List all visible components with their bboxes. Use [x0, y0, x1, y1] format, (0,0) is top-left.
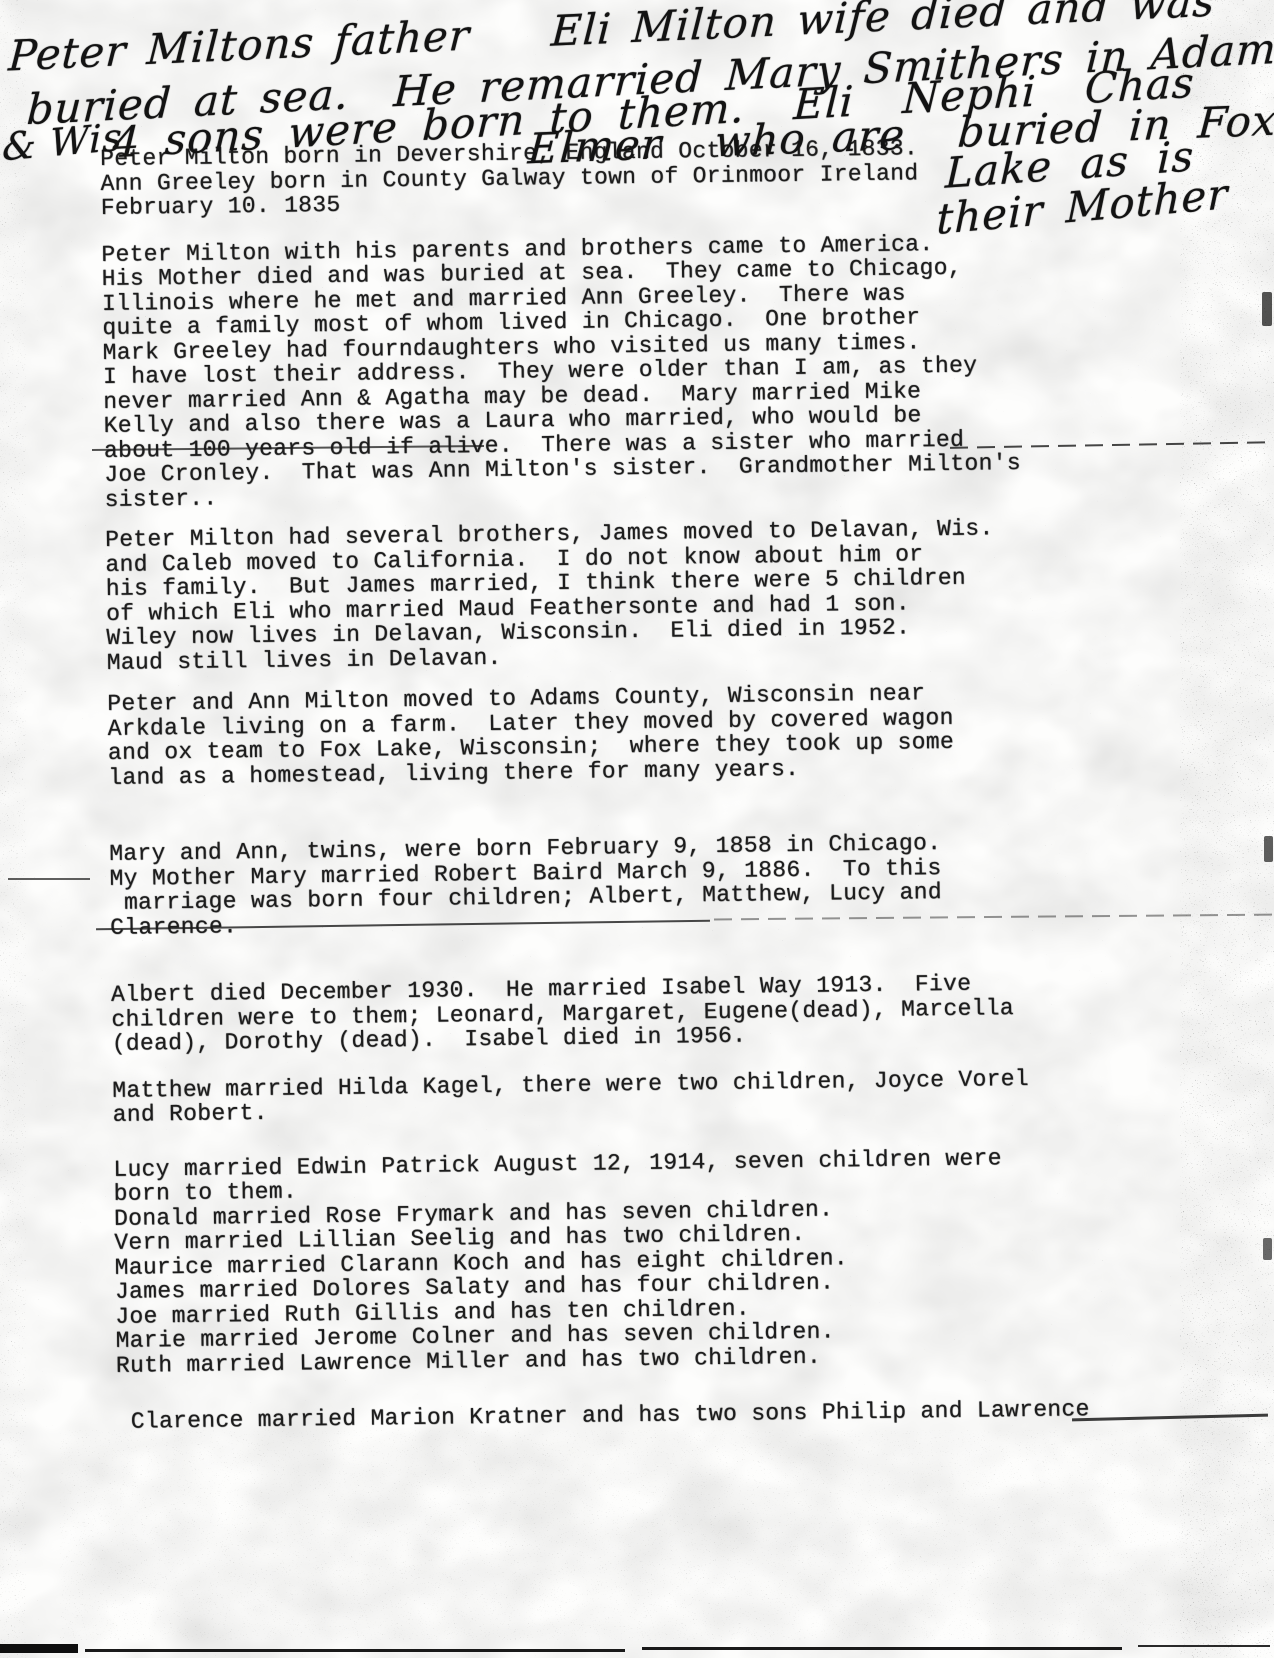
scanner-edge-bar [642, 1647, 1122, 1650]
typed-paragraph-came-to-america: Peter Milton with his parents and brothe… [101, 228, 1224, 512]
typed-paragraph-matthew: Matthew married Hilda Kagel, there were … [112, 1064, 1233, 1128]
typed-paragraph-brothers: Peter Milton had several brothers, James… [105, 513, 1227, 675]
scan-blob [1262, 292, 1272, 326]
typed-line: Clarence married Marion Kratner and has … [117, 1395, 1237, 1434]
scan-blob [1263, 1238, 1272, 1260]
scanned-document-page: Peter Miltons father Eli Milton wife die… [0, 0, 1274, 1658]
scanner-edge-bar [85, 1649, 625, 1652]
scan-artifact-margin-dash [8, 878, 90, 880]
typed-text-block: Peter Milton born in Devershire, England… [100, 132, 1237, 1434]
typed-paragraph-twins: Mary and Ann, twins, were born February … [109, 827, 1230, 940]
scanner-edge-bar [1138, 1645, 1270, 1647]
handwritten-line-2: buried at sea. He remarried Mary Smither… [25, 23, 1274, 134]
scan-blob [1264, 836, 1273, 862]
handwritten-line-1: Peter Miltons father Eli Milton wife die… [7, 0, 1217, 80]
typed-paragraph-moved-to-adams: Peter and Ann Milton moved to Adams Coun… [107, 677, 1228, 790]
typed-paragraph-albert: Albert died December 1930. He married Is… [111, 968, 1232, 1056]
typed-paragraph-clarence: Clarence married Marion Kratner and has … [117, 1395, 1237, 1434]
typed-paragraph-birth-dates: Peter Milton born in Devershire, England… [100, 132, 1221, 220]
typed-paragraph-lucy: Lucy married Edwin Patrick August 12, 19… [113, 1143, 1236, 1378]
scanner-edge-bar [0, 1644, 78, 1653]
